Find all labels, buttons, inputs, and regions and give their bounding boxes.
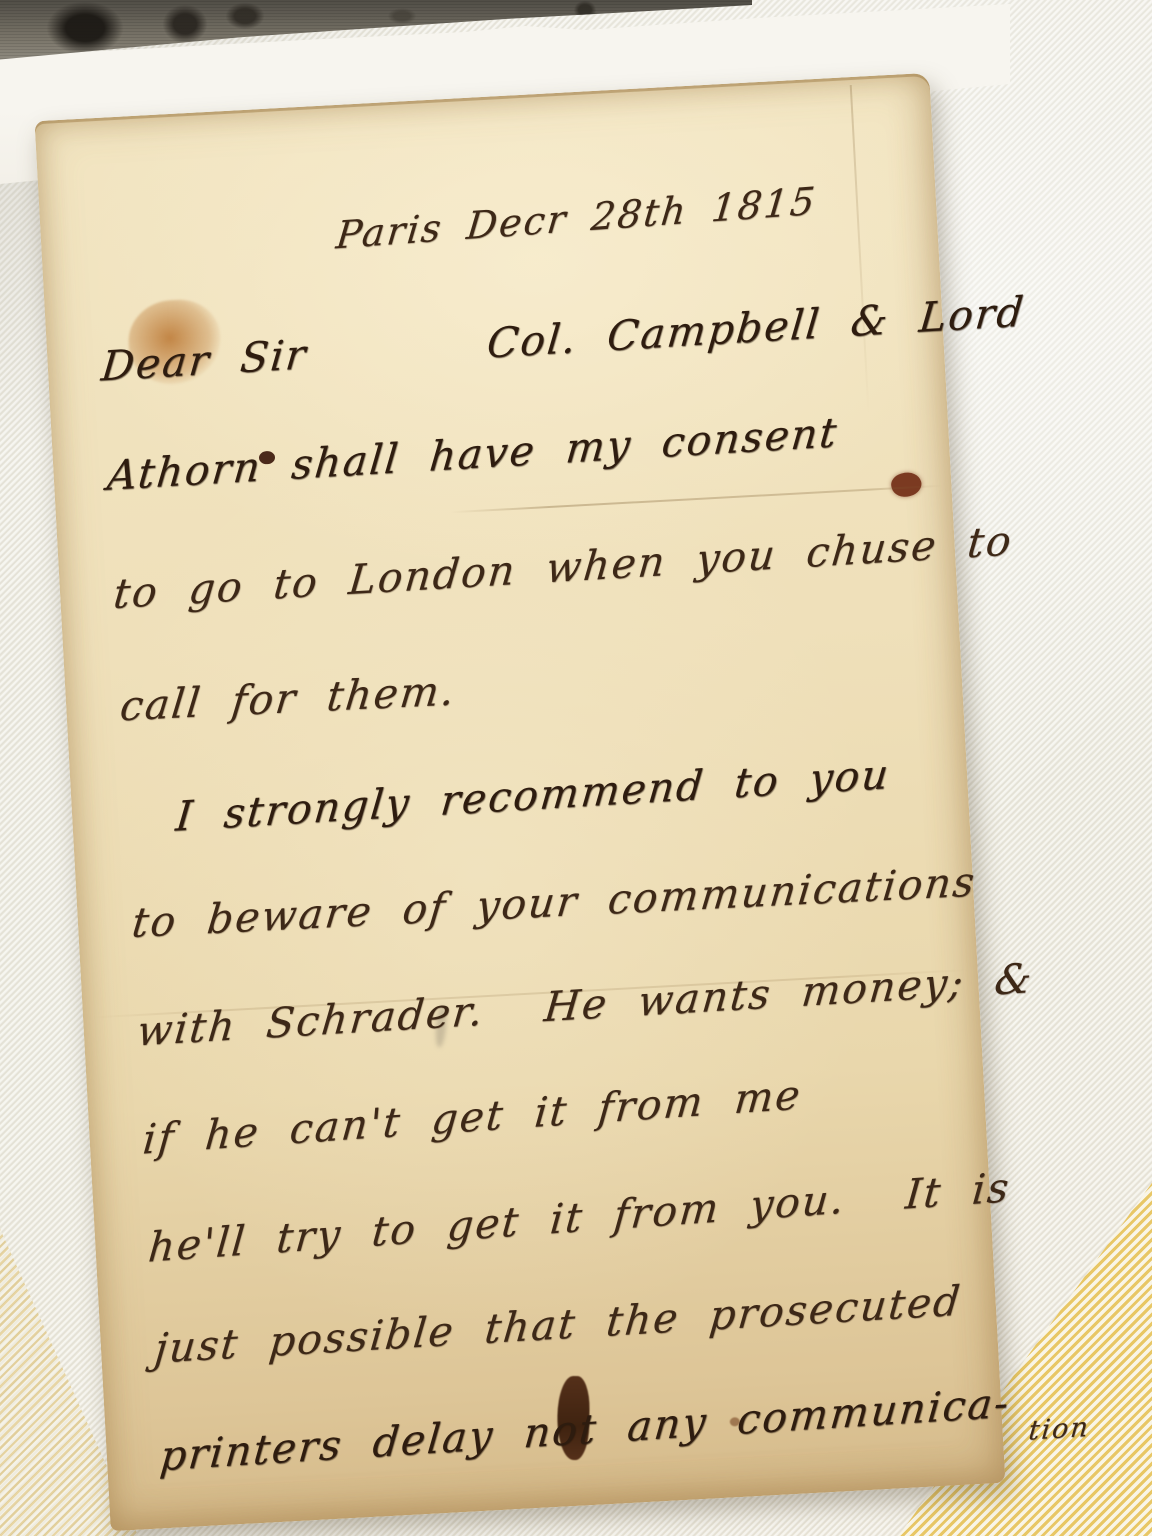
handwriting-line: if he can't get it from me bbox=[141, 1070, 804, 1163]
red-ink-blot bbox=[889, 469, 924, 500]
letter-page: Paris Decr 28th 1815 Dear Sir Col. Campb… bbox=[34, 73, 1005, 1531]
handwriting-line: just possible that the prosecuted bbox=[152, 1277, 964, 1373]
handwriting-line: to beware of your communications bbox=[130, 857, 979, 947]
handwriting-line: Dear Sir Col. Campbell & Lord bbox=[99, 287, 1027, 390]
fold-crease bbox=[450, 485, 942, 514]
handwriting-line: to go to London when you chuse to bbox=[111, 516, 1015, 618]
handwriting-continuation: tion bbox=[1027, 1412, 1091, 1447]
fold-crease bbox=[850, 85, 870, 415]
handwriting-line: with Schrader. He wants money; & bbox=[135, 954, 1036, 1056]
handwriting-line: call for them. bbox=[118, 666, 459, 730]
album-photo-scene: Paris Decr 28th 1815 Dear Sir Col. Campb… bbox=[0, 0, 1152, 1536]
handwriting-line: Athorn shall have my consent bbox=[105, 408, 840, 500]
letter-dateline: Paris Decr 28th 1815 bbox=[334, 179, 819, 258]
handwriting-line: he'll try to get it from you. It is bbox=[146, 1163, 1012, 1272]
handwriting-line: I strongly recommend to you bbox=[174, 750, 893, 841]
